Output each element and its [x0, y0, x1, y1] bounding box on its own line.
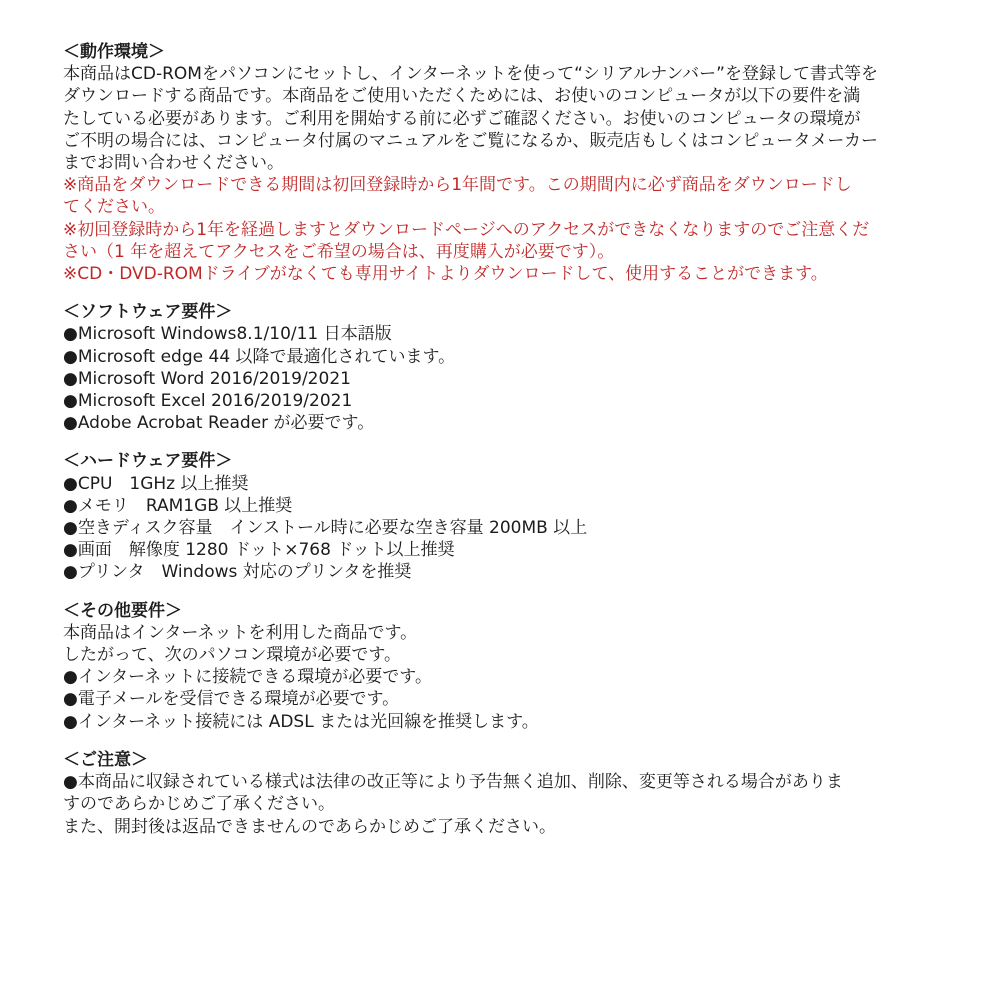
warning-line: てください。: [63, 196, 942, 218]
list-item: ●メモリ RAM1GB 以上推奨: [63, 495, 942, 517]
section-other-requirements: ＜その他要件＞ 本商品はインターネットを利用した商品です。 したがって、次のパソ…: [63, 600, 942, 733]
paragraph-line: また、開封後は返品できませんのであらかじめご了承ください。: [63, 816, 942, 838]
warning-line: ※商品をダウンロードできる期間は初回登録時から1年間です。この期間内に必ず商品を…: [63, 174, 942, 196]
list-item: ●本商品に収録されている様式は法律の改正等により予告無く追加、削除、変更等される…: [63, 771, 942, 793]
list-item: ●Adobe Acrobat Reader が必要です。: [63, 412, 942, 434]
document-content: ＜動作環境＞ 本商品はCD-ROMをパソコンにセットし、インターネットを使って“…: [0, 0, 1000, 838]
list-item: ●Microsoft Excel 2016/2019/2021: [63, 390, 942, 412]
section-software-requirements: ＜ソフトウェア要件＞ ●Microsoft Windows8.1/10/11 日…: [63, 301, 942, 434]
list-item: ●Microsoft Word 2016/2019/2021: [63, 368, 942, 390]
list-item: ●画面 解像度 1280 ドット×768 ドット以上推奨: [63, 539, 942, 561]
section-heading: ＜ハードウェア要件＞: [63, 450, 942, 472]
section-heading: ＜ご注意＞: [63, 749, 942, 771]
paragraph-line: ご不明の場合には、コンピュータ付属のマニュアルをご覧になるか、販売店もしくはコン…: [63, 130, 942, 152]
warning-line: ※CD・DVD-ROMドライブがなくても専用サイトよりダウンロードして、使用する…: [63, 263, 942, 285]
paragraph-line: すのであらかじめご了承ください。: [63, 793, 942, 815]
list-item: ●インターネット接続には ADSL または光回線を推奨します。: [63, 711, 942, 733]
warning-line: ※初回登録時から1年を経過しますとダウンロードページへのアクセスができなくなりま…: [63, 219, 942, 241]
section-notes: ＜ご注意＞ ●本商品に収録されている様式は法律の改正等により予告無く追加、削除、…: [63, 749, 942, 838]
paragraph-line: ダウンロードする商品です。本商品をご使用いただくためには、お使いのコンピュータが…: [63, 85, 942, 107]
paragraph-line: までお問い合わせください。: [63, 152, 942, 174]
section-hardware-requirements: ＜ハードウェア要件＞ ●CPU 1GHz 以上推奨 ●メモリ RAM1GB 以上…: [63, 450, 942, 583]
section-heading: ＜その他要件＞: [63, 600, 942, 622]
section-operating-environment: ＜動作環境＞ 本商品はCD-ROMをパソコンにセットし、インターネットを使って“…: [63, 41, 942, 285]
paragraph-line: たしている必要があります。ご利用を開始する前に必ずご確認ください。お使いのコンピ…: [63, 108, 942, 130]
section-heading: ＜動作環境＞: [63, 41, 942, 63]
list-item: ●CPU 1GHz 以上推奨: [63, 473, 942, 495]
list-item: ●Microsoft edge 44 以降で最適化されています。: [63, 346, 942, 368]
warning-line: さい（1 年を超えてアクセスをご希望の場合は、再度購入が必要です）。: [63, 241, 942, 263]
section-heading: ＜ソフトウェア要件＞: [63, 301, 942, 323]
list-item: ●インターネットに接続できる環境が必要です。: [63, 666, 942, 688]
document-page: ＜動作環境＞ 本商品はCD-ROMをパソコンにセットし、インターネットを使って“…: [0, 0, 1000, 1000]
paragraph-line: したがって、次のパソコン環境が必要です。: [63, 644, 942, 666]
paragraph-line: 本商品はCD-ROMをパソコンにセットし、インターネットを使って“シリアルナンバ…: [63, 63, 942, 85]
list-item: ●プリンタ Windows 対応のプリンタを推奨: [63, 561, 942, 583]
paragraph-line: 本商品はインターネットを利用した商品です。: [63, 622, 942, 644]
list-item: ●Microsoft Windows8.1/10/11 日本語版: [63, 323, 942, 345]
list-item: ●空きディスク容量 インストール時に必要な空き容量 200MB 以上: [63, 517, 942, 539]
list-item: ●電子メールを受信できる環境が必要です。: [63, 688, 942, 710]
